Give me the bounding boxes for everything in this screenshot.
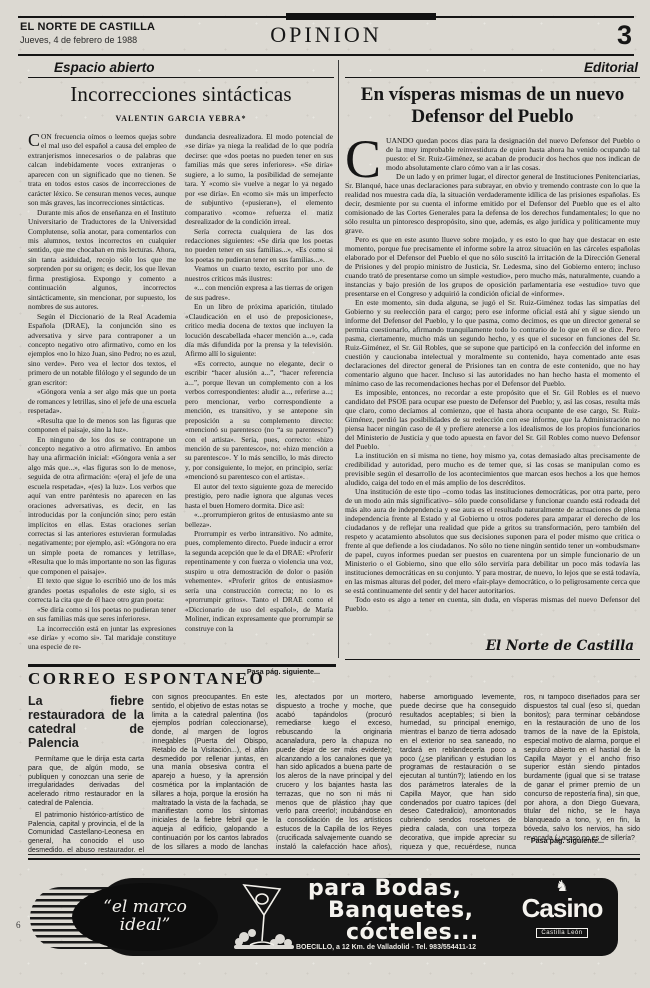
- article-paragraph: «...prorrumpieron gritos de entusiasmo a…: [185, 510, 333, 529]
- article-column-2: dundancia desrealizadora. El modo potenc…: [185, 132, 333, 664]
- correo-column-1: La fiebre restauradora de la catedral de…: [28, 694, 144, 852]
- espacio-abierto-kicker: Espacio abierto: [54, 60, 334, 75]
- advert-slogan-line2: ideal”: [72, 915, 218, 935]
- letter-headline: La fiebre restauradora de la catedral de…: [28, 694, 144, 750]
- editorial-paragraph: La institución en sí misma no tiene, hoy…: [345, 451, 640, 487]
- page-number: 3: [617, 20, 632, 51]
- editorial-paragraph: Pero es que en este asunto llueve sobre …: [345, 235, 640, 298]
- editorial-paragraph: Una institución de este tipo –como todas…: [345, 487, 640, 595]
- casino-advert: “el marco ideal” para Bodas, Banque: [30, 878, 618, 960]
- header-thick-bar: [286, 13, 436, 20]
- article-paragraph: La incorrección está en juntar las expre…: [28, 624, 176, 652]
- correo-section-title: CORREO ESPONTANEO: [28, 669, 640, 689]
- casino-logo: ♞ Casino Castilla León: [512, 880, 612, 939]
- drop-cap: C: [345, 136, 386, 181]
- correo-espontaneo-section: CORREO ESPONTANEO La fiebre restauradora…: [28, 664, 640, 864]
- article-paragraph: El texto que sigue lo escribió uno de lo…: [28, 576, 176, 604]
- letter-paragraph: haberse amortiguado levemente, puede dec…: [400, 694, 516, 852]
- casino-brand-subtitle: Castilla León: [536, 928, 587, 938]
- article-column-1: CON frecuencia oímos o leemos quejas sob…: [28, 132, 176, 664]
- article-paragraph: «Se diría como si los poetas no pudieran…: [28, 605, 176, 624]
- editorial-signature: El Norte de Castilla: [345, 638, 640, 654]
- paragraph-list: De un lado y en primer lugar, el directo…: [345, 172, 640, 613]
- paragraph-list: les, afectados por un mortero, dispuesto…: [276, 694, 392, 852]
- editorial-headline: En vísperas mismas de un nuevo Defensor …: [355, 84, 630, 127]
- article-paragraph: En ninguno de los dos se contrapone un c…: [28, 435, 176, 577]
- editorial-paragraph: De un lado y en primer lugar, el directo…: [345, 172, 640, 235]
- newspaper-page: EL NORTE DE CASTILLA Jueves, 4 de febrer…: [0, 0, 650, 988]
- editorial-paragraph: Todo esto es algo a tener en cuenta, sin…: [345, 595, 640, 613]
- article-headline: Incorrecciones sintácticas: [28, 82, 334, 107]
- section-top-rule: [28, 664, 336, 667]
- kicker-rule: [28, 77, 334, 78]
- editorial-paragraph: Es imposible, entonces, no recordar a es…: [345, 388, 640, 451]
- advert-slogan-line1: “el marco: [72, 897, 218, 917]
- editorial-paragraph: CUANDO quedan pocos días para la designa…: [345, 136, 640, 172]
- advert-line-bodas: para Bodas,: [308, 878, 479, 900]
- paragraph-list: con signos preocupantes. En este sentido…: [152, 694, 268, 852]
- correo-column-5: ros, ni tampoco diseñados para ser dispu…: [524, 694, 640, 852]
- paragraph-text: UANDO quedan pocos días para la designac…: [386, 136, 640, 172]
- editorial-bottom-rule: [345, 659, 640, 660]
- paragraph-text: ON frecuencia oímos o leemos quejas sobr…: [28, 132, 176, 207]
- article-paragraph: Sería correcta cualquiera de las dos red…: [185, 227, 333, 265]
- correo-columns: La fiebre restauradora de la catedral de…: [28, 694, 640, 852]
- espacio-abierto-article: Espacio abierto Incorrecciones sintáctic…: [28, 60, 334, 676]
- editorial-body: CUANDO quedan pocos días para la designa…: [345, 136, 640, 634]
- page-header: EL NORTE DE CASTILLA Jueves, 4 de febrer…: [18, 16, 634, 56]
- paragraph-list: Durante mis años de enseñanza en el Inst…: [28, 208, 176, 652]
- article-paragraph: El autor del texto siguiente goza de mer…: [185, 482, 333, 510]
- article-paragraph: Prorrumpir es verbo intransitivo. No adm…: [185, 529, 333, 633]
- cocktail-glass-icon: [222, 879, 306, 962]
- paragraph-list: haberse amortiguado levemente, puede dec…: [400, 694, 516, 852]
- paragraph-list: ros, ni tampoco diseñados para ser dispu…: [524, 694, 640, 844]
- article-paragraph: Durante mis años de enseñanza en el Inst…: [28, 208, 176, 312]
- article-paragraph: «Es correcto, aunque no elegante, decir …: [185, 359, 333, 482]
- article-paragraph: Veamos un cuarto texto, escrito por uno …: [185, 264, 333, 283]
- editorial-kicker: Editorial: [345, 60, 638, 75]
- article-paragraph: Según el Diccionario de la Real Academia…: [28, 312, 176, 388]
- thick-rule: [28, 858, 640, 860]
- article-paragraph: CON frecuencia oímos o leemos quejas sob…: [28, 132, 176, 208]
- editorial-article: Editorial En vísperas mismas de un nuevo…: [345, 60, 640, 660]
- thin-rule: [28, 854, 640, 855]
- letter-paragraph: El patrimonio histórico-artístico de Pal…: [28, 812, 144, 852]
- editorial-paragraph: En este momento, sin duda alguna, se jug…: [345, 298, 640, 388]
- correo-column-4: haberse amortiguado levemente, puede dec…: [400, 694, 516, 852]
- article-paragraph: «... con mención expresa a las tierras d…: [185, 283, 333, 302]
- section-title: OPINION: [18, 22, 634, 48]
- kicker-rule: [345, 77, 640, 78]
- advert-main-text: para Bodas, Banquetes, cócteles...: [308, 878, 479, 944]
- section-end-rules: [28, 854, 640, 860]
- article-paragraph: «Góngora venía a ser algo más que un poe…: [28, 387, 176, 415]
- casino-brand-name: Casino: [512, 895, 612, 921]
- correo-column-3: les, afectados por un mortero, dispuesto…: [276, 694, 392, 852]
- advert-line-banquetes: Banquetes,: [328, 900, 479, 922]
- paragraph-list: Permítame que le dirija esta carta para …: [28, 756, 144, 852]
- paragraph-list: dundancia desrealizadora. El modo potenc…: [185, 132, 333, 633]
- article-paragraph: En un libro de próxima aparición, titula…: [185, 302, 333, 359]
- letter-paragraph: ros, ni tampoco diseñados para ser dispu…: [524, 694, 640, 844]
- advert-slogan-oval: “el marco ideal”: [72, 883, 218, 951]
- correo-column-2: con signos preocupantes. En este sentido…: [152, 694, 268, 852]
- article-columns: CON frecuencia oímos o leemos quejas sob…: [28, 132, 334, 664]
- article-paragraph: dundancia desrealizadora. El modo potenc…: [185, 132, 333, 227]
- letter-paragraph: les, afectados por un mortero, dispuesto…: [276, 694, 392, 852]
- letter-paragraph: con signos preocupantes. En este sentido…: [152, 694, 268, 852]
- advert-address: BOECILLO, a 12 Km. de Valladolid - Tel. …: [296, 944, 566, 951]
- article-paragraph: «Resulta que lo de menos son las figuras…: [28, 416, 176, 435]
- advert-line-cocteles: cócteles...: [346, 922, 479, 944]
- stray-print-mark: 6: [16, 920, 21, 930]
- continuation-note: Pasa pág. siguiente...: [531, 836, 604, 845]
- column-divider-rule: [338, 60, 339, 658]
- article-byline: VALENTIN GARCIA YEBRA*: [28, 114, 334, 123]
- drop-cap: C: [28, 132, 41, 148]
- letter-paragraph: Permítame que le dirija esta carta para …: [28, 756, 144, 809]
